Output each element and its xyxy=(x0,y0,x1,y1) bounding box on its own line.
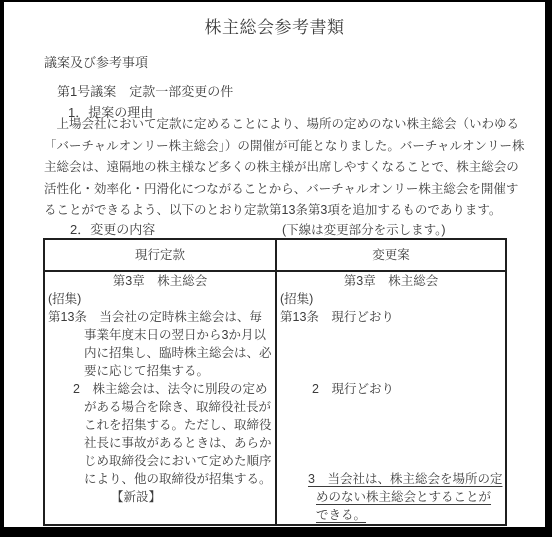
text-line: により、他の取締役が招集する。 xyxy=(48,470,272,488)
plain-text: 2 現行どおり xyxy=(312,382,394,396)
text-line: 3 当会社は、株主総会を場所の定 xyxy=(280,470,502,488)
changes-heading: 2．変更の内容 xyxy=(70,219,155,238)
text-line: 要に応じて招集する。 xyxy=(48,362,272,380)
text-line: 2 株主総会は、法令に別段の定め xyxy=(48,380,272,398)
document-page: 株主総会参考書類 議案及び参考事項 第1号議案 定款一部変更の件 1．提案の理由… xyxy=(4,2,545,527)
plain-text: 第13条 当会社の定時株主総会は、毎 xyxy=(48,310,262,324)
text-line: 第13条 当会社の定時株主総会は、毎 xyxy=(48,308,272,326)
reason-paragraph: 上場会社において定款に定めることにより、場所の定めのない株主総会（いわゆる「バー… xyxy=(44,114,525,222)
table-header-row: 現行定款 変更案 xyxy=(45,240,505,272)
underlined-text: できる。 xyxy=(316,508,366,522)
comparison-table: 現行定款 変更案 第3章 株主総会(招集)第13条 当会社の定時株主総会は、毎事… xyxy=(43,238,507,526)
plain-text: 【新設】 xyxy=(111,490,161,504)
text-line xyxy=(280,452,502,470)
table-header-proposed: 変更案 xyxy=(277,240,505,270)
plain-text: 内に招集し、臨時株主総会は、必 xyxy=(84,346,272,360)
table-header-current: 現行定款 xyxy=(45,240,277,270)
plain-text: 第3章 株主総会 xyxy=(344,274,438,288)
text-line: 事業年度末日の翌日から3か月以 xyxy=(48,326,272,344)
plain-text: 社長に事故があるときは、あらか xyxy=(84,436,272,450)
plain-text: じめ取締役会において定めた順序 xyxy=(84,454,272,468)
plain-text: 第13条 現行どおり xyxy=(280,310,394,324)
underlined-text: めのない株主総会とすることが xyxy=(316,490,491,504)
plain-text: 事業年度末日の翌日から3か月以 xyxy=(84,328,266,342)
current-articles-cell: 第3章 株主総会(招集)第13条 当会社の定時株主総会は、毎事業年度末日の翌日か… xyxy=(45,272,277,524)
table-body-row: 第3章 株主総会(招集)第13条 当会社の定時株主総会は、毎事業年度末日の翌日か… xyxy=(45,272,505,524)
text-line: 2 現行どおり xyxy=(280,380,502,398)
paragraph-line: 「バーチャルオンリー株主総会」）の開催が可能となりました。バーチャルオンリー株 xyxy=(44,136,525,158)
paragraph-line: 主総会は、遠隔地の株主様など多くの株主様が出席しやすくなることで、株主総会の xyxy=(44,157,525,179)
proposed-articles-cell: 第3章 株主総会(招集)第13条 現行どおり2 現行どおり3 当会社は、株主総会… xyxy=(277,272,505,524)
page-title: 株主総会参考書類 xyxy=(4,13,545,38)
plain-text: (招集) xyxy=(48,292,81,306)
section-heading: 議案及び参考事項 xyxy=(44,52,148,71)
text-line xyxy=(280,434,502,452)
text-line: これを招集する。ただし、取締役 xyxy=(48,416,272,434)
text-line: がある場合を除き、取締役社長が xyxy=(48,398,272,416)
underline-note: (下線は変更部分を示します。) xyxy=(282,220,446,238)
text-line xyxy=(280,344,502,362)
text-line xyxy=(280,416,502,434)
plain-text: これを招集する。ただし、取締役 xyxy=(84,418,272,432)
text-line: 【新設】 xyxy=(48,488,272,506)
plain-text: により、他の取締役が招集する。 xyxy=(84,472,272,486)
text-line: (招集) xyxy=(48,290,272,308)
text-line: (招集) xyxy=(280,290,502,308)
plain-text: 第3章 株主総会 xyxy=(113,274,207,288)
text-line xyxy=(280,326,502,344)
text-line xyxy=(280,362,502,380)
plain-text: (招集) xyxy=(280,292,313,306)
plain-text: がある場合を除き、取締役社長が xyxy=(84,400,271,414)
text-line: めのない株主総会とすることが xyxy=(280,488,502,506)
text-line: 第3章 株主総会 xyxy=(48,272,272,290)
text-line: じめ取締役会において定めた順序 xyxy=(48,452,272,470)
plain-text: 2 株主総会は、法令に別段の定め xyxy=(73,382,267,396)
underlined-text: 3 当会社は、株主総会を場所の定 xyxy=(308,472,502,486)
text-line: 第13条 現行どおり xyxy=(280,308,502,326)
text-line: できる。 xyxy=(280,506,502,524)
screenshot-frame: 株主総会参考書類 議案及び参考事項 第1号議案 定款一部変更の件 1．提案の理由… xyxy=(0,0,552,537)
proposal-heading: 第1号議案 定款一部変更の件 xyxy=(57,81,233,100)
plain-text: 要に応じて招集する。 xyxy=(84,364,209,378)
text-line: 第3章 株主総会 xyxy=(280,272,502,290)
paragraph-line: 上場会社において定款に定めることにより、場所の定めのない株主総会（いわゆる xyxy=(44,114,525,136)
text-line xyxy=(280,398,502,416)
paragraph-line: 活性化・効率化・円滑化につながることから、バーチャルオンリー株主総会を開催す xyxy=(44,179,525,201)
text-line: 社長に事故があるときは、あらか xyxy=(48,434,272,452)
text-line: 内に招集し、臨時株主総会は、必 xyxy=(48,344,272,362)
